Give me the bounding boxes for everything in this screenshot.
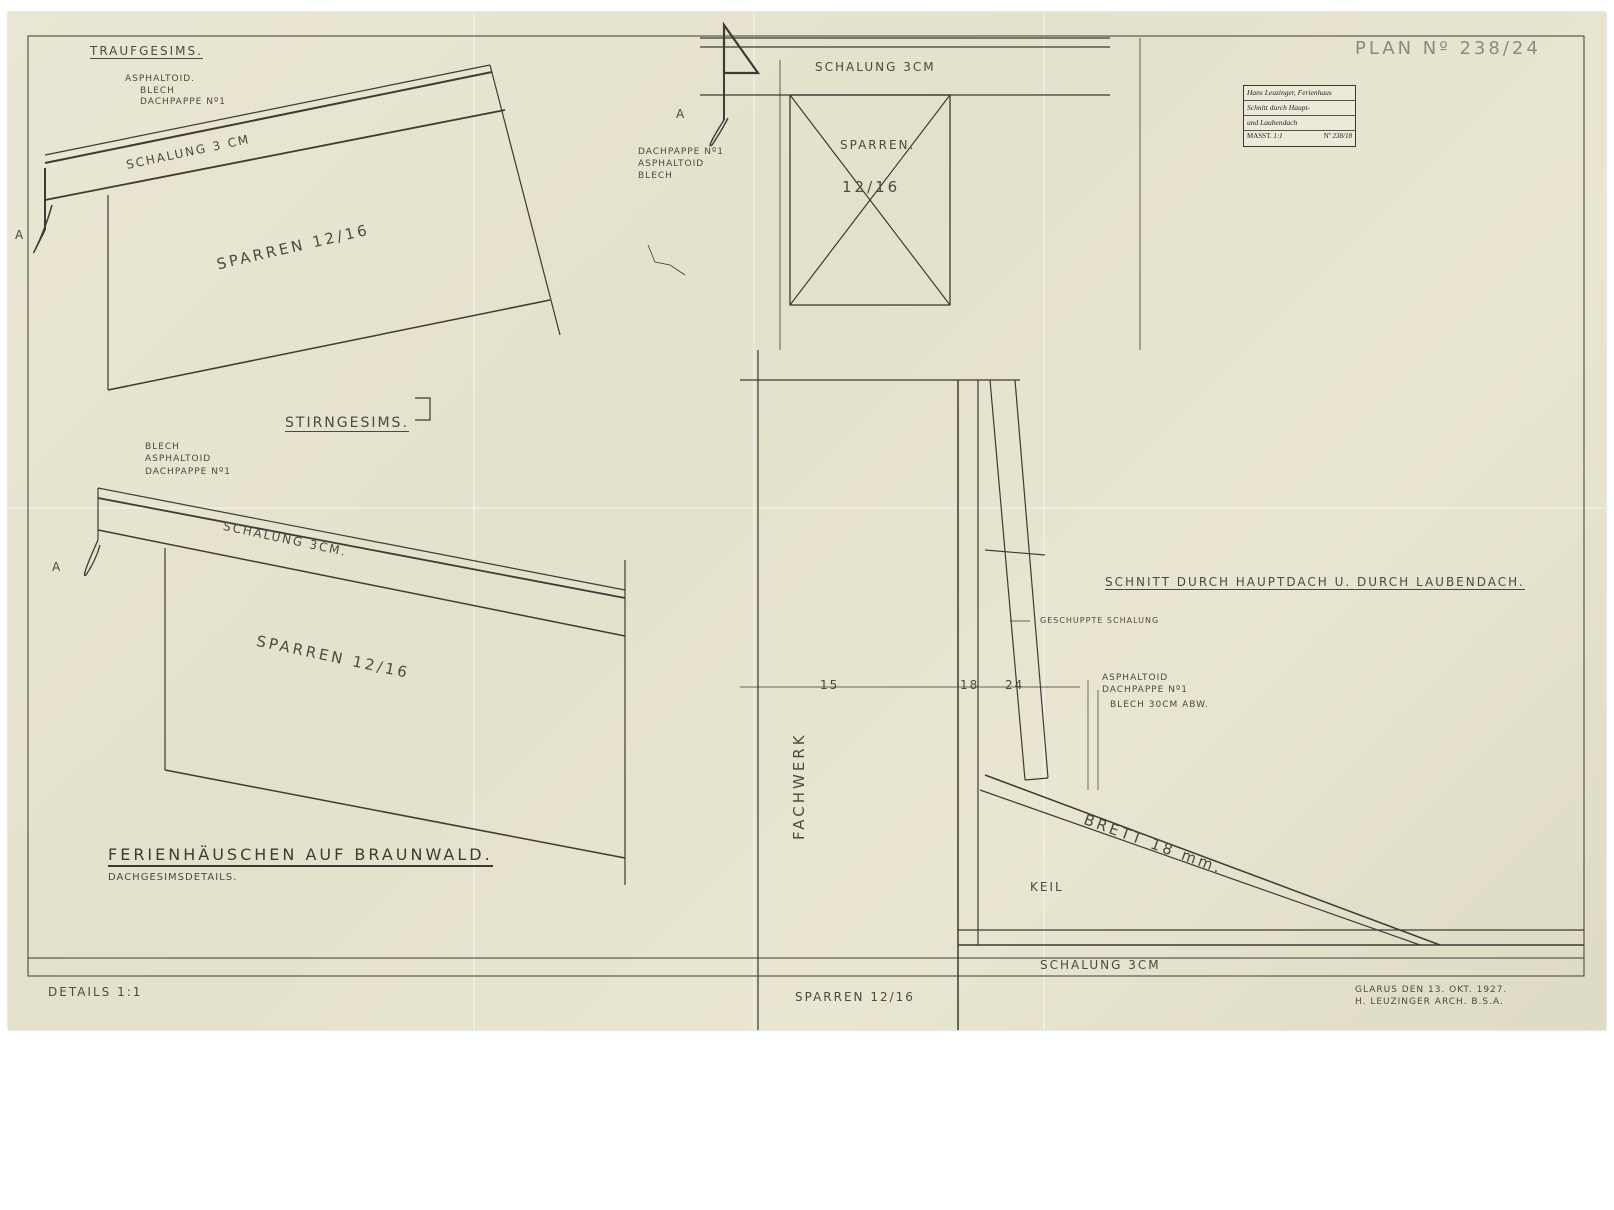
trauf-layer-1: ASPHALTOID. xyxy=(125,74,195,84)
schnitt-layer-2: DACHPAPPE Nº1 xyxy=(1102,685,1188,695)
stamp-line-2: Schnitt durch Haupt- xyxy=(1244,101,1355,116)
stamp-scale-label: MASST. xyxy=(1247,132,1272,140)
schnitt-schalung: SCHALUNG 3CM xyxy=(1040,958,1161,972)
plan-number: PLAN Nº 238/24 xyxy=(1355,38,1541,59)
section-layer-1: DACHPAPPE Nº1 xyxy=(638,147,724,157)
project-title: FERIENHÄUSCHEN AUF BRAUNWALD. xyxy=(108,845,493,867)
schnitt-heading: SCHNITT DURCH HAUPTDACH U. DURCH LAUBEND… xyxy=(1105,575,1525,590)
dim-15: 15 xyxy=(820,678,839,692)
stirn-dim-a: A xyxy=(52,560,62,574)
signature-architect: H. LEUZINGER ARCH. B.S.A. xyxy=(1355,997,1504,1007)
section-schalung: SCHALUNG 3CM xyxy=(815,60,936,74)
keil-label: KEIL xyxy=(1030,880,1064,894)
section-sparren-size: 12/16 xyxy=(842,178,900,196)
dim-24: 24 xyxy=(1005,678,1024,692)
stirn-layer-1: BLECH xyxy=(145,442,180,452)
fachwerk-label: FACHWERK xyxy=(790,732,808,840)
dim-18: 18 xyxy=(960,678,979,692)
project-subtitle: DACHGESIMSDETAILS. xyxy=(108,872,237,883)
schnitt-layer-1: ASPHALTOID xyxy=(1102,673,1168,683)
traufgesims-heading: TRAUFGESIMS. xyxy=(90,44,203,59)
signature-date: GLARUS DEN 13. OKT. 1927. xyxy=(1355,985,1507,995)
technical-drawing-lines xyxy=(0,0,1614,1210)
section-sparren-label: SPARREN. xyxy=(840,138,915,152)
schnitt-sparren: SPARREN 12/16 xyxy=(795,990,915,1004)
section-layer-2: ASPHALTOID xyxy=(638,159,704,169)
stirn-layer-2: ASPHALTOID xyxy=(145,454,211,464)
stamp-scale-value: 1:1 xyxy=(1273,132,1282,140)
stamp-line-1: Hans Leuzinger, Ferienhaus xyxy=(1244,86,1355,101)
stamp-line-3: und Laubendach xyxy=(1244,116,1355,131)
stamp-number-value: 238/18 xyxy=(1333,132,1352,140)
trauf-layer-3: DACHPAPPE Nº1 xyxy=(140,97,226,107)
stirngesims-heading: STIRNGESIMS. xyxy=(285,415,409,432)
section-dim-a: A xyxy=(676,107,686,121)
geschuppte-schalung: GESCHUPPTE SCHALUNG xyxy=(1040,616,1159,625)
scale-note: DETAILS 1:1 xyxy=(48,985,142,999)
schnitt-layer-3: BLECH 30CM ABW. xyxy=(1110,700,1209,710)
stamp-number-label: Nº xyxy=(1324,132,1331,140)
section-layer-3: BLECH xyxy=(638,171,673,181)
trauf-layer-2: BLECH xyxy=(140,86,175,96)
trauf-dim-a: A xyxy=(15,228,25,242)
title-stamp: Hans Leuzinger, Ferienhaus Schnitt durch… xyxy=(1243,85,1356,147)
stirn-layer-3: DACHPAPPE Nº1 xyxy=(145,467,231,477)
